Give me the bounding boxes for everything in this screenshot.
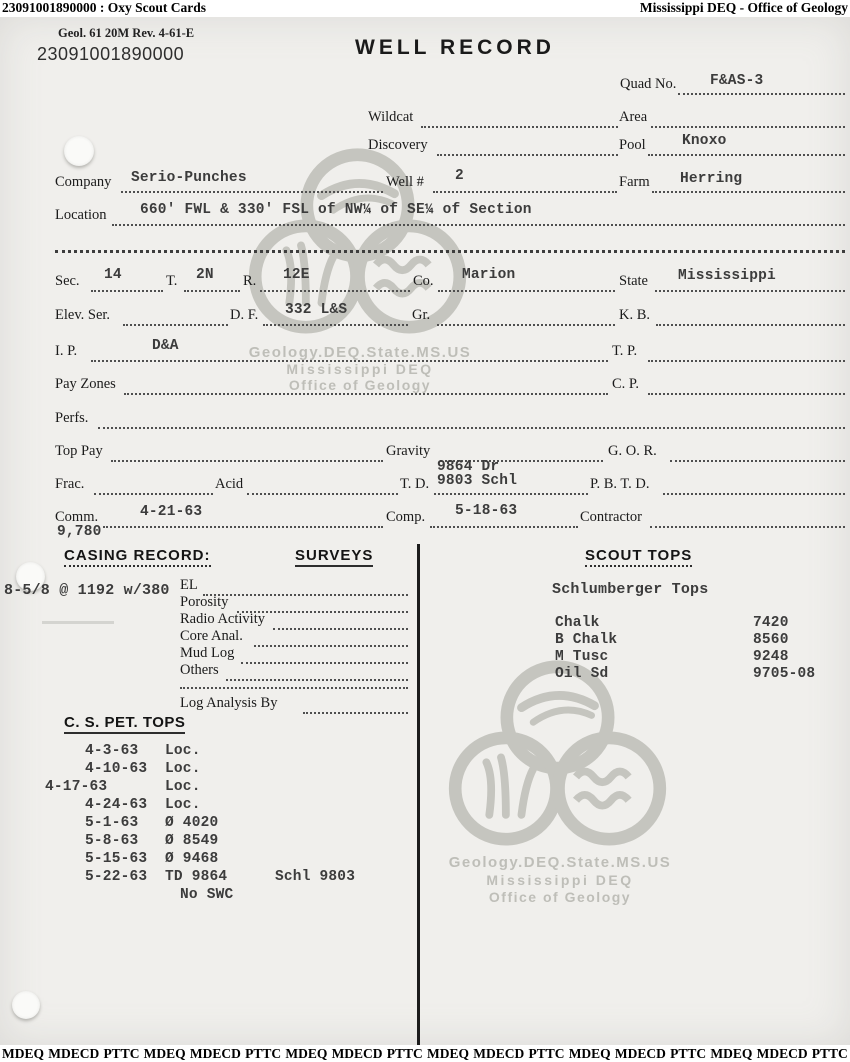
cs-pet-date: 5-15-63 <box>85 852 147 867</box>
form-number: Geol. 61 20M Rev. 4-61-E <box>58 26 194 41</box>
scout-top-name: B Chalk <box>555 633 617 648</box>
sec-line <box>91 288 163 292</box>
df-label: D. F. <box>230 307 258 323</box>
acid-label: Acid <box>215 476 243 492</box>
cs-pet-entry: Loc. <box>165 798 201 813</box>
footer-item: MDECD <box>757 1046 808 1062</box>
ip-label: I. P. <box>55 343 77 359</box>
range-line <box>260 288 410 292</box>
watermark-url-text: Geology.DEQ.State.MS.US <box>435 854 685 871</box>
survey-item-mud-log: Mud Log <box>180 645 234 661</box>
footer-item: MDEQ <box>144 1046 186 1062</box>
well-record-scan: Geology.DEQ.State.MS.US Mississippi DEQ … <box>0 17 850 1045</box>
gor-line <box>670 458 845 462</box>
cs-pet-extra: Schl 9803 <box>275 870 355 885</box>
watermark-office-text: Office of Geology <box>435 889 685 905</box>
scout-top-depth: 8560 <box>753 633 789 648</box>
pool-line <box>648 152 845 156</box>
cs-pet-date: 5-1-63 <box>85 816 138 831</box>
footer-item: PTTC <box>387 1046 423 1062</box>
acid-line <box>247 491 398 495</box>
contractor-label: Contractor <box>580 509 642 525</box>
gor-label: G. O. R. <box>608 443 657 459</box>
footer-item: MDEQ <box>710 1046 752 1062</box>
survey-line <box>254 643 408 647</box>
contractor-line <box>650 524 845 528</box>
pay-zones-label: Pay Zones <box>55 376 116 392</box>
footer-item: PTTC <box>245 1046 281 1062</box>
scout-top-depth: 7420 <box>753 616 789 631</box>
td-label: T. D. <box>400 476 429 492</box>
footer-item: PTTC <box>812 1046 848 1062</box>
casing-record-heading: CASING RECORD: <box>64 547 211 567</box>
comm-label: Comm. <box>55 509 98 525</box>
quad-no-line <box>678 91 845 95</box>
top-pay-line <box>111 458 383 462</box>
location-value: 660' FWL & 330' FSL of NW¼ of SE¼ of Sec… <box>140 203 532 218</box>
survey-item-radio-activity: Radio Activity <box>180 611 265 627</box>
td-line <box>434 491 588 495</box>
company-value: Serio-Punches <box>131 171 247 186</box>
deq-three-rings-logo <box>245 145 470 335</box>
sec-label: Sec. <box>55 273 80 289</box>
form-title: WELL RECORD <box>355 36 555 60</box>
county-value: Marion <box>462 268 515 283</box>
cs-pet-date: 4-3-63 <box>85 744 138 759</box>
pool-value: Knoxo <box>682 134 727 149</box>
log-analysis-line <box>303 710 408 714</box>
ip-line <box>91 358 608 362</box>
footer-item: MDECD <box>190 1046 241 1062</box>
pool-label: Pool <box>619 137 646 153</box>
gravity-label: Gravity <box>386 443 430 459</box>
scout-top-depth: 9248 <box>753 650 789 665</box>
perfs-line <box>98 425 845 429</box>
cs-pet-date: 4-17-63 <box>45 780 107 795</box>
state-line <box>655 288 845 292</box>
perfs-label: Perfs. <box>55 410 88 426</box>
township-line <box>184 288 240 292</box>
cs-pet-entry: Ø 8549 <box>165 834 218 849</box>
tp-label: T. P. <box>612 343 637 359</box>
township-label: T. <box>166 273 177 289</box>
state-label: State <box>619 273 648 289</box>
quad-no-label: Quad No. <box>620 76 676 92</box>
tp-line <box>648 358 845 362</box>
cs-pet-date: 5-22-63 <box>85 870 147 885</box>
survey-item-el: EL <box>180 577 198 593</box>
well-no-line <box>433 189 617 193</box>
well-no-value: 2 <box>455 169 464 184</box>
survey-item-core-anal: Core Anal. <box>180 628 243 644</box>
api-number: 23091001890000 <box>37 44 184 65</box>
pbtd-line <box>663 491 845 495</box>
company-line <box>121 189 383 193</box>
cs-pet-date: 4-10-63 <box>85 762 147 777</box>
comp-value: 5-18-63 <box>455 504 517 519</box>
comp-label: Comp. <box>386 509 425 525</box>
document-id-title: 23091001890000 : Oxy Scout Cards <box>0 0 206 15</box>
well-no-label: Well # <box>386 174 424 190</box>
cs-pet-entry: TD 9864 <box>165 870 227 885</box>
footer-item: PTTC <box>670 1046 706 1062</box>
footer-item: MDECD <box>48 1046 99 1062</box>
watermark-deq-text: Mississippi DEQ <box>235 361 485 377</box>
discovery-label: Discovery <box>368 137 428 153</box>
cp-line <box>648 391 845 395</box>
survey-line <box>226 677 408 681</box>
gr-line <box>437 322 615 326</box>
ip-value: D&A <box>152 339 179 354</box>
footer-item: MDEQ <box>2 1046 44 1062</box>
faded-smudge <box>42 621 114 624</box>
scout-top-name: M Tusc <box>555 650 608 665</box>
quad-no-value: F&AS-3 <box>710 74 763 89</box>
hole-punch <box>12 991 40 1019</box>
casing-record-entry: 8-5/8 @ 1192 w/380 <box>4 583 170 598</box>
pay-zones-line <box>124 391 608 395</box>
footer-item: MDECD <box>615 1046 666 1062</box>
survey-line <box>203 592 408 596</box>
location-line <box>112 222 845 226</box>
scout-top-name: Chalk <box>555 616 600 631</box>
location-label: Location <box>55 207 107 223</box>
scanned-well-record-page: { "header_bar": { "left": "2309100189000… <box>0 0 850 1062</box>
footer-item: MDECD <box>332 1046 383 1062</box>
cs-pet-date: 4-24-63 <box>85 798 147 813</box>
df-line <box>263 322 408 326</box>
wildcat-line <box>421 124 618 128</box>
comp-line <box>430 524 578 528</box>
column-divider <box>417 544 420 1045</box>
gr-label: Gr. <box>412 307 430 323</box>
cs-pet-entry: Loc. <box>165 744 201 759</box>
area-line <box>651 124 845 128</box>
cs-pet-tops-heading: C. S. PET. TOPS <box>64 714 185 734</box>
sec-value: 14 <box>104 268 122 283</box>
area-label: Area <box>619 109 647 125</box>
comm-value: 4-21-63 <box>140 505 202 520</box>
frac-label: Frac. <box>55 476 84 492</box>
farm-value: Herring <box>680 172 742 187</box>
hole-punch <box>64 136 94 166</box>
farm-line <box>652 189 845 193</box>
elev-ser-label: Elev. Ser. <box>55 307 110 323</box>
survey-line <box>241 660 408 664</box>
deq-watermark-upper: Geology.DEQ.State.MS.US Mississippi DEQ … <box>235 145 485 405</box>
cs-pet-entry: Ø 4020 <box>165 816 218 831</box>
discovery-line <box>437 152 618 156</box>
farm-label: Farm <box>619 174 650 190</box>
surveys-heading: SURVEYS <box>295 547 373 567</box>
footer-item: PTTC <box>103 1046 139 1062</box>
pbtd-label: P. B. T. D. <box>590 476 650 492</box>
agency-title: Mississippi DEQ - Office of Geology <box>640 0 850 15</box>
survey-line <box>273 626 408 630</box>
cs-pet-entry: Loc. <box>165 762 201 777</box>
survey-blank-line <box>180 685 408 689</box>
range-label: R. <box>243 273 256 289</box>
log-analysis-by-label: Log Analysis By <box>180 695 277 711</box>
wildcat-label: Wildcat <box>368 109 413 125</box>
scout-top-name: Oil Sd <box>555 667 608 682</box>
scout-tops-subheading: Schlumberger Tops <box>552 582 708 597</box>
viewer-footer-bar: MDEQ MDECD PTTC MDEQ MDECD PTTC MDEQ MDE… <box>0 1045 850 1062</box>
kb-line <box>656 322 845 326</box>
cs-pet-entry: Loc. <box>165 780 201 795</box>
handwritten-depth: 9,780 <box>57 525 102 540</box>
footer-item: MDEQ <box>285 1046 327 1062</box>
county-label: Co. <box>413 273 434 289</box>
township-value: 2N <box>196 268 214 283</box>
survey-item-porosity: Porosity <box>180 594 228 610</box>
footer-item: PTTC <box>528 1046 564 1062</box>
footer-item: MDECD <box>473 1046 524 1062</box>
viewer-header-bar: 23091001890000 : Oxy Scout Cards Mississ… <box>0 0 850 17</box>
survey-item-others: Others <box>180 662 219 678</box>
frac-line <box>94 491 213 495</box>
state-value: Mississippi <box>678 269 776 284</box>
watermark-deq-text: Mississippi DEQ <box>435 872 685 888</box>
footer-item: MDEQ <box>427 1046 469 1062</box>
elev-ser-line <box>123 322 228 326</box>
range-value: 12E <box>283 268 310 283</box>
td-value: 9803 Schl <box>437 474 517 489</box>
scout-tops-heading: SCOUT TOPS <box>585 547 692 567</box>
deq-watermark-lower: Geology.DEQ.State.MS.US Mississippi DEQ … <box>435 657 685 917</box>
company-label: Company <box>55 174 111 190</box>
top-pay-label: Top Pay <box>55 443 103 459</box>
cs-pet-date: 5-8-63 <box>85 834 138 849</box>
county-line <box>438 288 615 292</box>
footer-item: MDEQ <box>569 1046 611 1062</box>
deq-three-rings-logo <box>445 657 670 847</box>
df-value: 332 L&S <box>285 303 347 318</box>
cs-pet-entry: Ø 9468 <box>165 852 218 867</box>
section-separator-line <box>55 248 845 253</box>
kb-label: K. B. <box>619 307 650 323</box>
comm-line <box>103 524 383 528</box>
cs-pet-footnote: No SWC <box>180 888 233 903</box>
scout-top-depth: 9705-08 <box>753 667 815 682</box>
cp-label: C. P. <box>612 376 639 392</box>
